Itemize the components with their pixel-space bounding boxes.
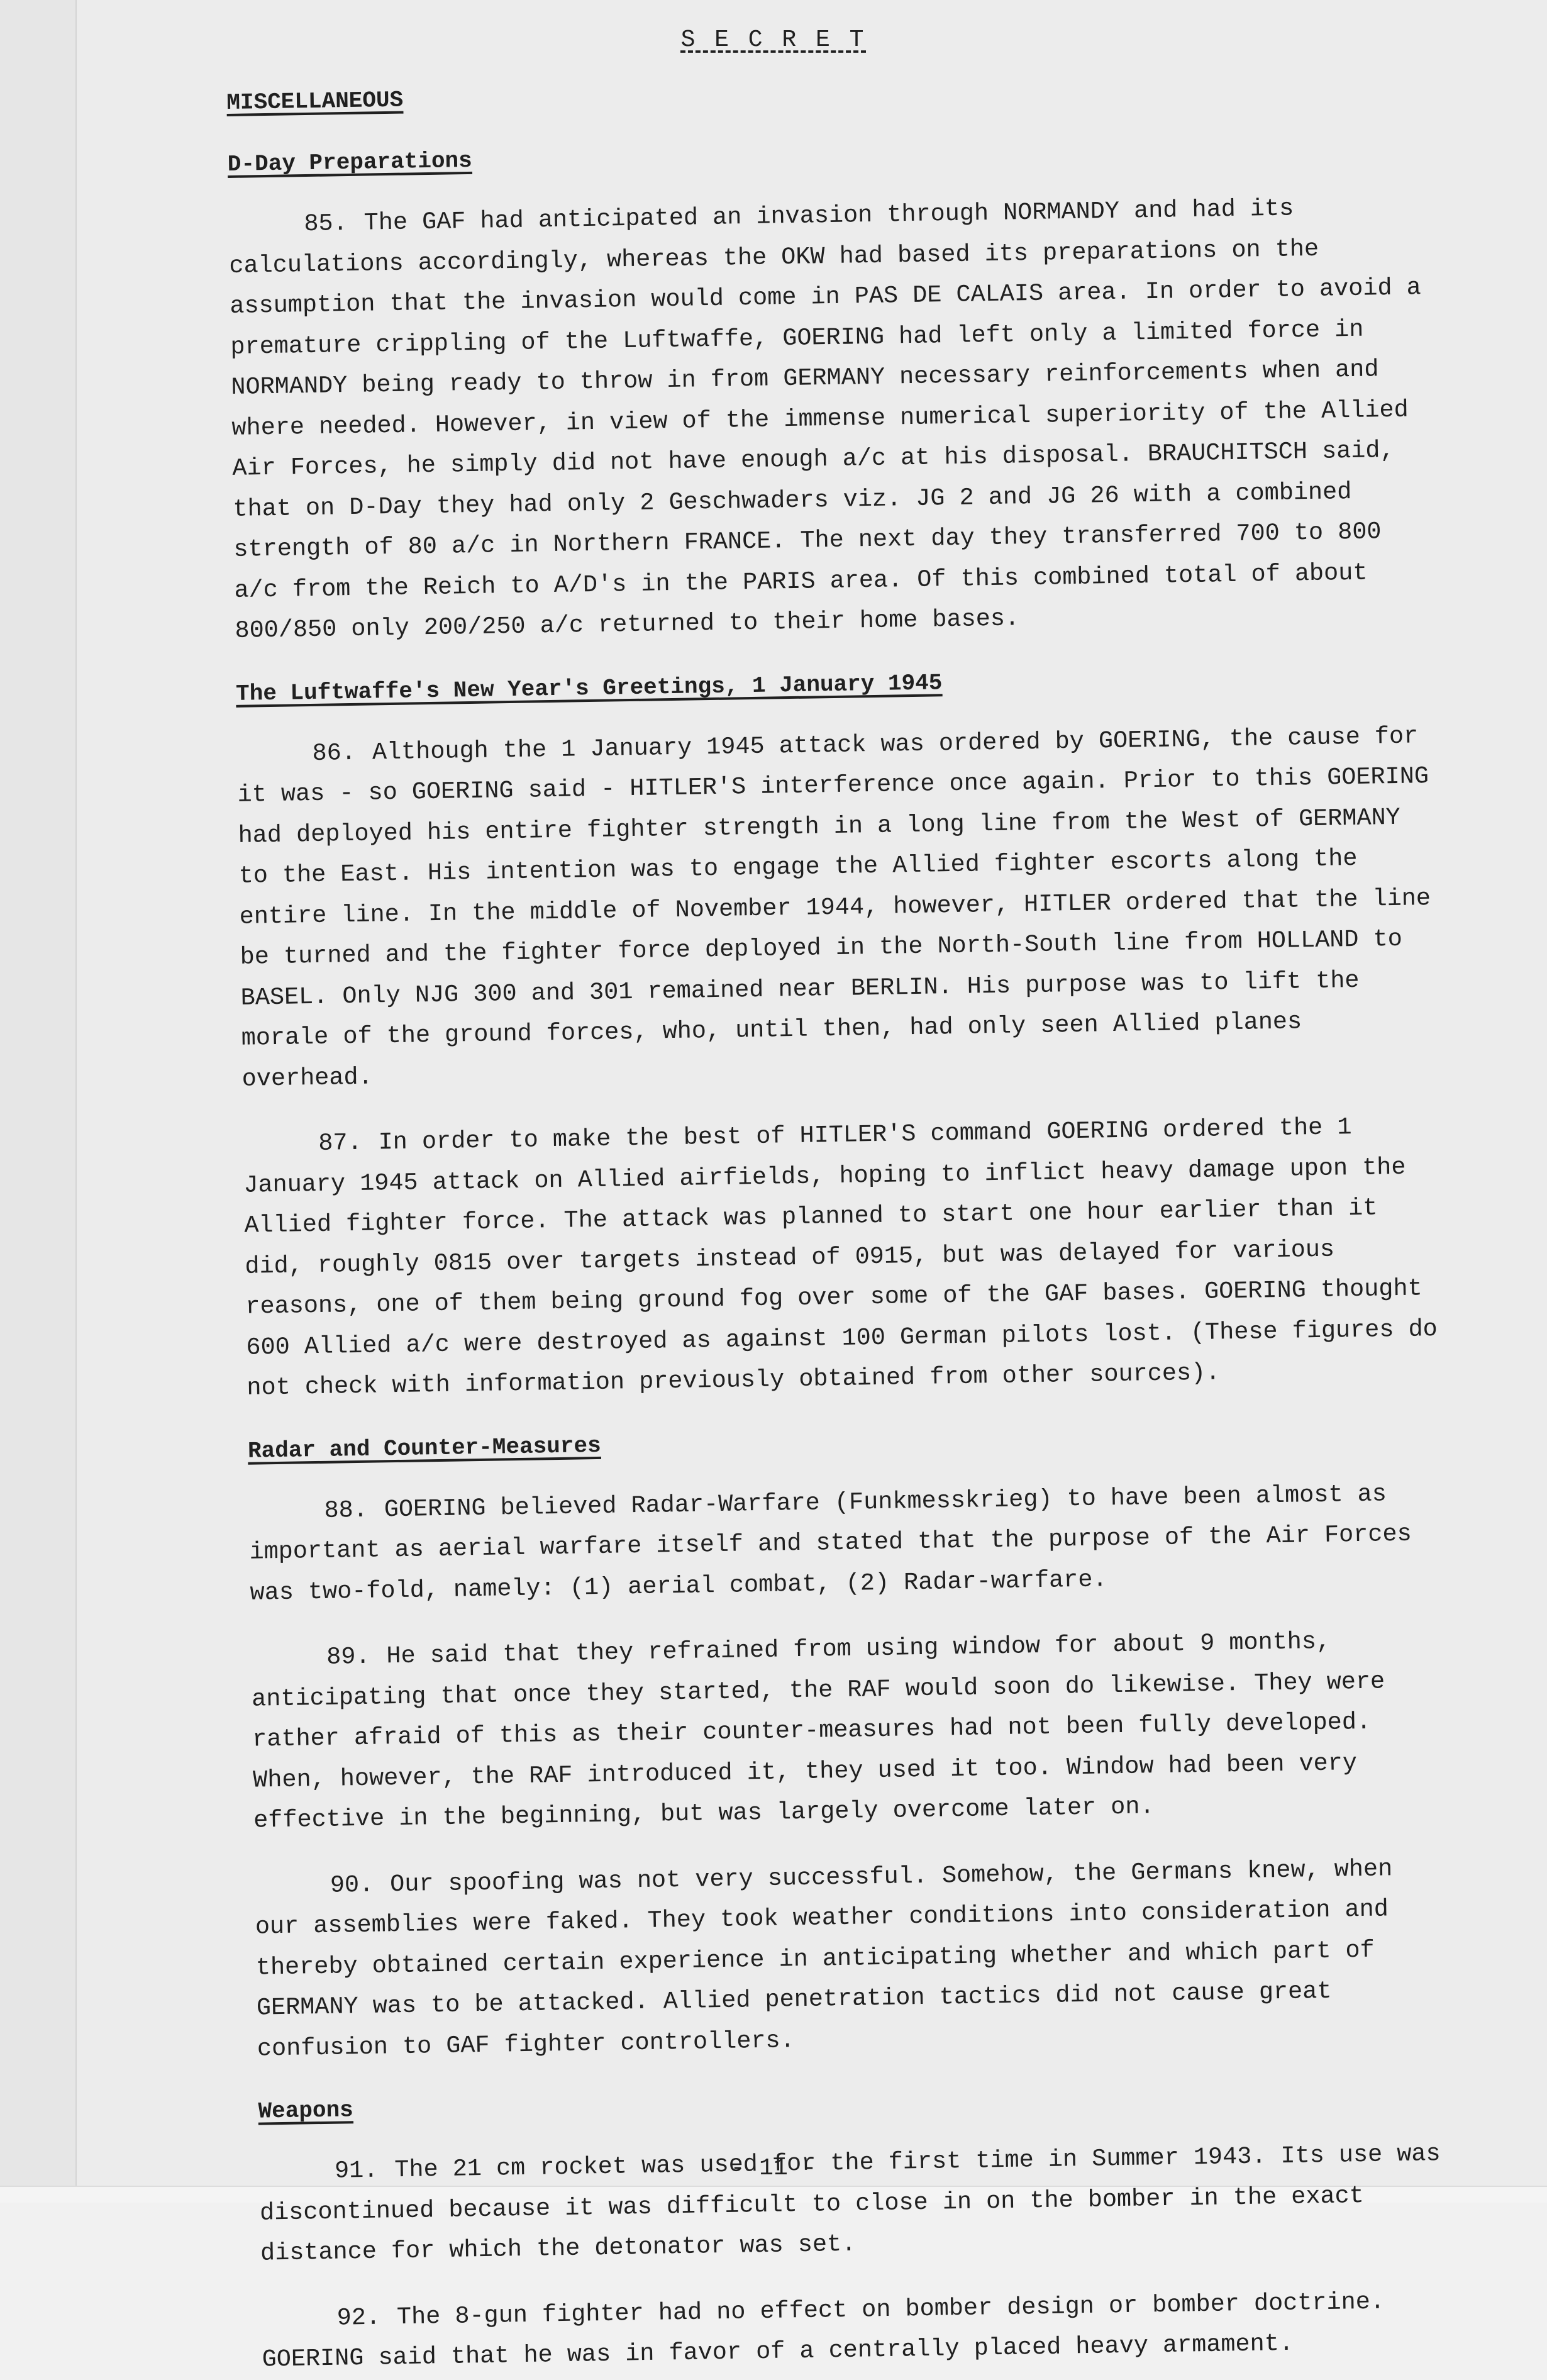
paragraph-number: 89. (326, 1643, 370, 1671)
scan-margin-strip (0, 0, 77, 2186)
paragraph-86: 86.Although the 1 January 1945 attack wa… (236, 716, 1437, 1099)
paragraph-number: 87. (318, 1129, 362, 1157)
section-radar-counter-measures: Radar and Counter-Measures 88.GOERING be… (248, 1417, 1453, 2069)
paragraph-text: Although the 1 January 1945 attack was o… (237, 721, 1445, 1093)
section-title: The Luftwaffe's New Year's Greetings, 1 … (236, 668, 943, 709)
paragraph-number: 85. (304, 209, 348, 238)
paragraph-text: Our spoofing was not very successful. So… (255, 1854, 1407, 2062)
paragraph-text: In order to make the best of HITLER'S co… (243, 1113, 1452, 1402)
paragraph-text: GOERING believed Radar-Warfare (Funkmess… (249, 1479, 1426, 1606)
main-section-heading: MISCELLANEOUS (226, 86, 404, 118)
paragraph-90: 90.Our spoofing was not very successful.… (254, 1847, 1452, 2069)
classification-marking: S E C R E T (0, 26, 1547, 53)
paragraph-number: 90. (330, 1871, 374, 1899)
section-weapons: Weapons 91.The 21 cm rocket was used for… (258, 2078, 1457, 2201)
document-page: S E C R E T MISCELLANEOUS D-Day Preparat… (0, 0, 1547, 2201)
paragraph-number: 88. (324, 1496, 368, 1524)
paragraph-number: 86. (312, 738, 356, 767)
section-title: D-Day Preparations (228, 146, 473, 180)
paragraph-85: 85.The GAF had anticipated an invasion t… (228, 186, 1430, 651)
paragraph-89: 89.He said that they refrained from usin… (251, 1620, 1449, 1841)
paragraph-88: 88.GOERING believed Radar-Warfare (Funkm… (248, 1472, 1445, 1613)
paragraph-87: 87.In order to make the best of HITLER'S… (243, 1106, 1442, 1408)
paragraph-text: He said that they refrained from using w… (252, 1627, 1400, 1834)
document-body: MISCELLANEOUS D-Day Preparations 85.The … (226, 69, 1457, 2201)
section-new-years-greetings: The Luftwaffe's New Year's Greetings, 1 … (236, 660, 1442, 1409)
paragraph-text: The GAF had anticipated an invasion thro… (229, 194, 1436, 645)
section-d-day-preparations: D-Day Preparations 85.The GAF had antici… (228, 131, 1430, 651)
section-title: Radar and Counter-Measures (248, 1430, 601, 1466)
section-title: Weapons (258, 2095, 353, 2127)
page-number: - 11 - (0, 2155, 1547, 2182)
